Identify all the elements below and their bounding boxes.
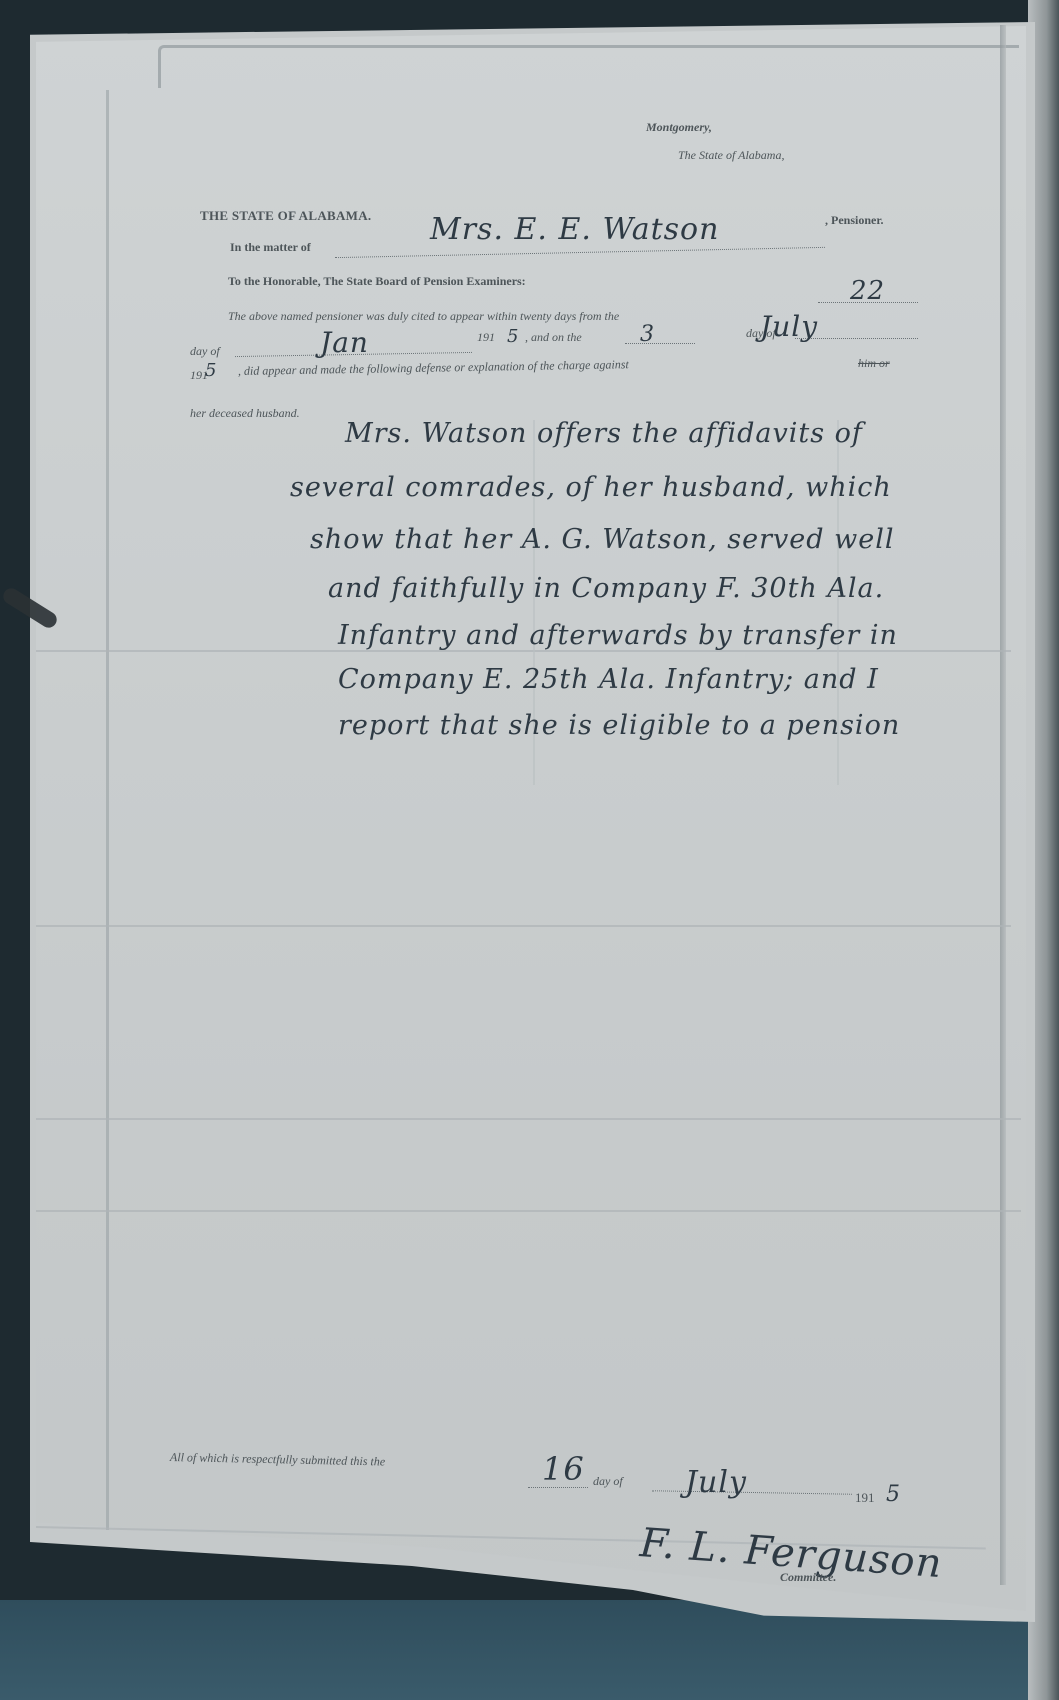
header-state: The State of Alabama, <box>678 148 784 163</box>
addressee: To the Honorable, The State Board of Pen… <box>228 274 526 289</box>
appear-day-line <box>625 343 695 344</box>
document-page <box>36 26 1026 1611</box>
struck-text: him or <box>858 356 890 371</box>
submitted-day-of-label: day of <box>593 1474 623 1489</box>
fold-crease-top <box>158 45 1019 88</box>
fold-crease-horizontal <box>36 925 1011 927</box>
submitted-year-prefix: 191 <box>855 1490 875 1506</box>
committee-label: Committee. <box>780 1570 836 1585</box>
submitted-day: 16 <box>542 1450 585 1488</box>
cited-year-digit: 5 <box>507 326 519 347</box>
header-city: Montgomery, <box>646 120 712 135</box>
statement-line: show that her A. G. Watson, served well <box>310 524 894 555</box>
matter-label: In the matter of <box>230 240 311 255</box>
submitted-year-digit: 5 <box>886 1482 901 1507</box>
appear-year-digit: 5 <box>205 360 217 381</box>
pensioner-label: , Pensioner. <box>825 213 884 228</box>
appear-month: July <box>760 310 818 343</box>
fold-crease-horizontal <box>36 1118 1021 1120</box>
statement-line: Infantry and afterwards by transfer in <box>338 620 898 651</box>
statement-line: report that she is eligible to a pension <box>338 710 900 741</box>
submitted-month: July <box>685 1465 747 1500</box>
day-of-label: day of <box>190 344 220 359</box>
form-title: THE STATE OF ALABAMA. <box>200 208 371 224</box>
husband-text: her deceased husband. <box>190 406 300 421</box>
cited-year-prefix: 191 <box>477 330 495 345</box>
and-on-the-label: , and on the <box>525 330 582 345</box>
statement-line: Mrs. Watson offers the affidavits of <box>345 418 863 449</box>
cited-month: Jan <box>320 326 369 359</box>
appear-day: 3 <box>640 322 655 347</box>
statement-line: and faithfully in Company F. 30th Ala. <box>328 573 884 604</box>
cited-day: 22 <box>850 276 885 306</box>
cited-text: The above named pensioner was duly cited… <box>228 309 619 324</box>
fold-crease-horizontal <box>36 1210 1021 1212</box>
fold-crease-right <box>1000 25 1006 1585</box>
statement-line: Company E. 25th Ala. Infantry; and I <box>338 664 879 695</box>
pensioner-name: Mrs. E. E. Watson <box>430 212 719 247</box>
fold-crease-left <box>106 90 109 1530</box>
statement-line: several comrades, of her husband, which <box>290 472 892 503</box>
